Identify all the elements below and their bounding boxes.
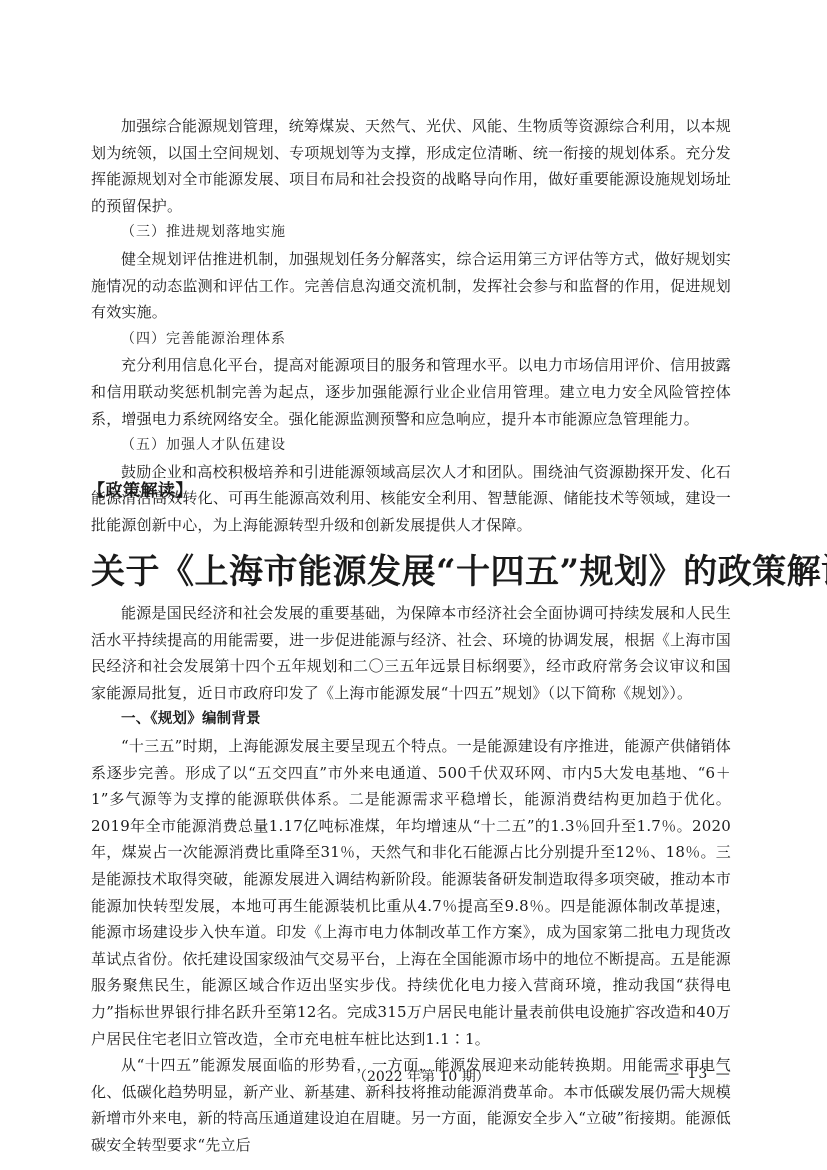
heading-background: 一、《规划》编制背景 [91, 706, 731, 733]
top-section: 加强综合能源规划管理，统筹煤炭、天然气、光伏、风能、生物质等资源综合利用，以本规… [91, 113, 731, 539]
paragraph-governance: 充分利用信息化平台，提高对能源项目的服务和管理水平。以电力市场信用评价、信用披露… [91, 352, 731, 432]
article-title: 关于《上海市能源发展“十四五”规划》的政策解读 [91, 544, 731, 593]
section-tag: 【政策解读】 [88, 476, 193, 501]
paragraph-implementation: 健全规划评估推进机制，加强规划任务分解落实，综合运用第三方评估等方式，做好规划实… [91, 246, 731, 326]
page-number: — 13 — [665, 1066, 732, 1082]
paragraph-intro: 能源是国民经济和社会发展的重要基础，为保障本市经济社会全面协调可持续发展和人民生… [91, 600, 731, 706]
subheading-4: （四）完善能源治理体系 [91, 326, 731, 353]
subheading-3: （三）推进规划落地实施 [91, 219, 731, 246]
subheading-5: （五）加强人才队伍建设 [91, 432, 731, 459]
issue-label: （2022 年第 10 期） [353, 1066, 490, 1086]
paragraph-background: “十三五”时期，上海能源发展主要呈现五个特点。一是能源建设有序推进，能源产供储销… [91, 733, 731, 1052]
paragraph-energy-planning: 加强综合能源规划管理，统筹煤炭、天然气、光伏、风能、生物质等资源综合利用，以本规… [91, 113, 731, 219]
